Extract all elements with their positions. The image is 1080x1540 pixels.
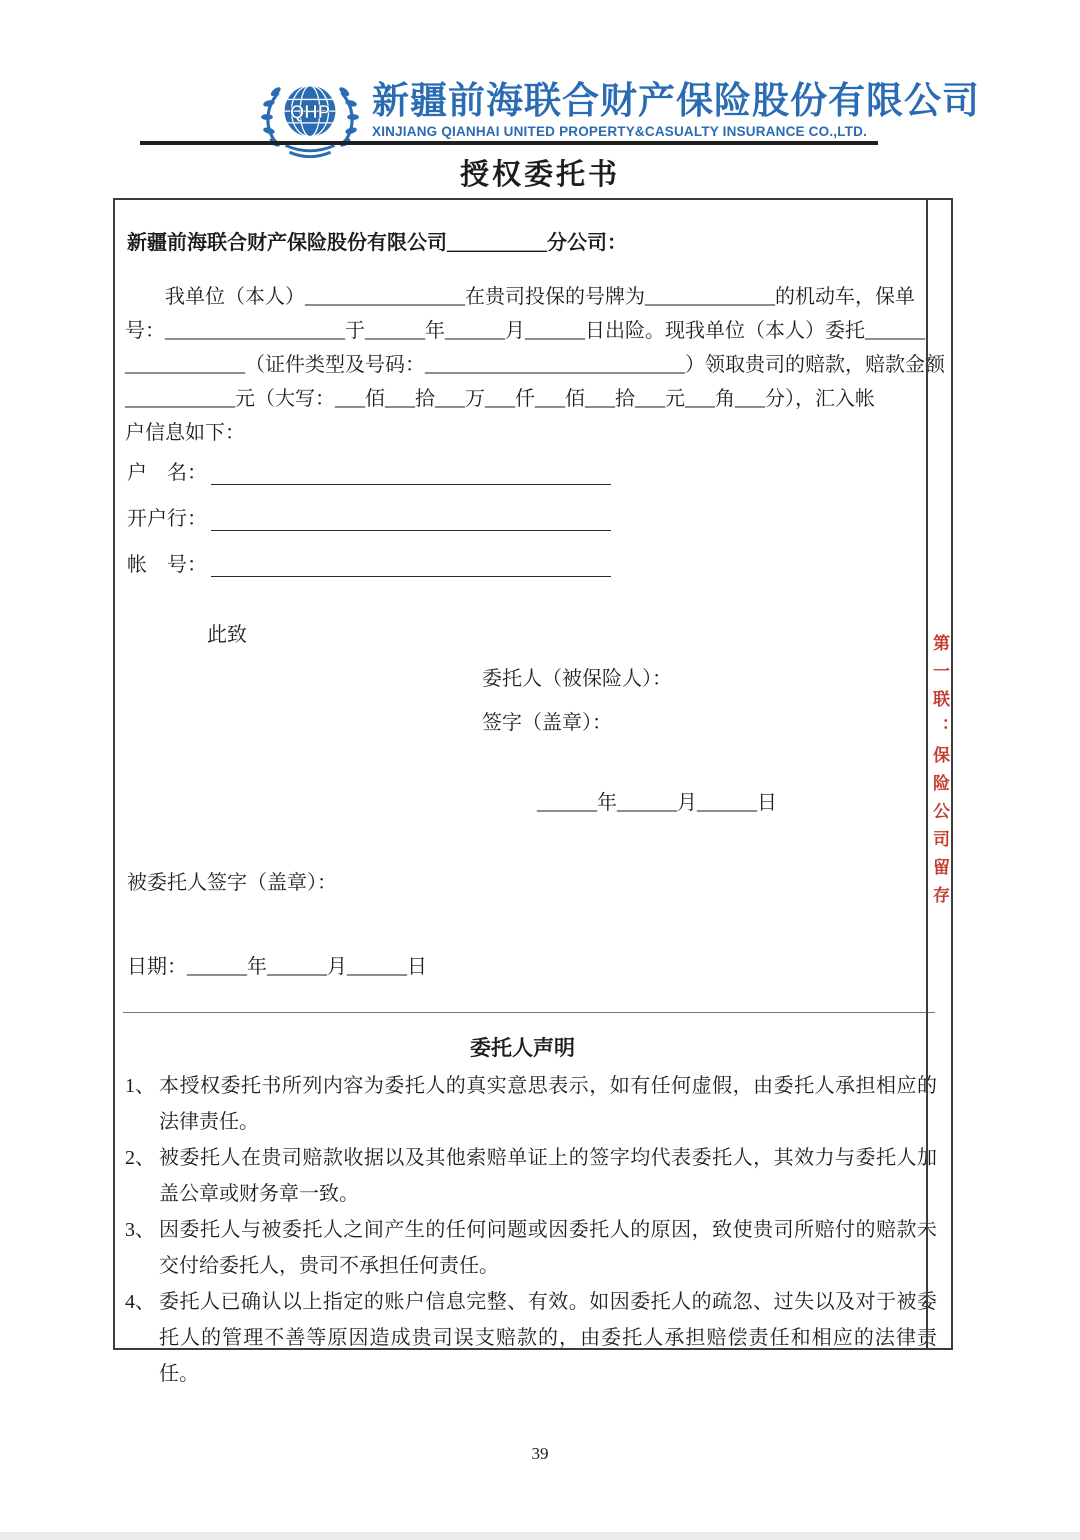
agent-signature-label: 被委托人签字（盖章）： [127,868,337,898]
date-line: 日期：______年______月______日 [127,952,427,982]
body-paragraph: 我单位（本人）________________在贵司投保的号牌为________… [125,280,935,450]
company-name-block: 新疆前海联合财产保险股份有限公司 XINJIANG QIANHAI UNITED… [372,80,892,139]
declaration-item-3: 3、 因委托人与被委托人之间产生的任何问题或因委托人的原因，致使贵司所赔付的赔款… [125,1212,937,1284]
body-line-2: 号：__________________于______年______月_____… [125,314,935,348]
logo-letters: QHP [290,101,330,122]
body-line-4: ___________元（大写：___佰___拾___万___仟___佰___拾… [125,382,935,416]
company-name-english: XINJIANG QIANHAI UNITED PROPERTY&CASUALT… [372,124,892,139]
header-divider [140,141,878,145]
item-text: 委托人已确认以上指定的账户信息完整、有效。如因委托人的疏忽、过失以及对于被委托人… [159,1284,937,1392]
scanned-form-page: QHP 新疆前海联合财产保险股份有限公司 XINJIANG QIANHAI UN… [0,0,1080,1540]
item-text: 因委托人与被委托人之间产生的任何问题或因委托人的原因，致使贵司所赔付的赔款未交付… [159,1212,937,1284]
declaration-item-2: 2、 被委托人在贵司赔款收据以及其他索赔单证上的签字均代表委托人，其效力与委托人… [125,1140,937,1212]
declaration-item-1: 1、 本授权委托书所列内容为委托人的真实意思表示，如有任何虚假，由委托人承担相应… [125,1068,937,1140]
body-line-1: 我单位（本人）________________在贵司投保的号牌为________… [125,280,935,314]
account-name-blank [211,462,611,485]
account-number-blank [211,554,611,577]
company-name-chinese: 新疆前海联合财产保险股份有限公司 [372,80,892,122]
declaration-title: 委托人声明 [115,1032,930,1062]
item-number: 2、 [125,1140,159,1212]
account-number-label: 帐 号： [127,554,207,576]
declaration-list: 1、 本授权委托书所列内容为委托人的真实意思表示，如有任何虚假，由委托人承担相应… [125,1068,937,1392]
body-line-3: ____________（证件类型及号码：___________________… [125,348,935,382]
company-logo-icon: QHP [256,74,364,164]
bank-branch-label: 开户行： [127,508,207,530]
account-name-row: 户 名： [127,456,611,485]
form-frame: 新疆前海联合财产保险股份有限公司__________分公司： 我单位（本人）__… [113,198,953,1350]
account-name-label: 户 名： [127,462,207,484]
page-bottom-edge [0,1532,1080,1540]
body-line-5: 户信息如下： [125,416,935,450]
salutation-line: 新疆前海联合财产保险股份有限公司__________分公司： [127,226,627,255]
signature-label: 签字（盖章）： [482,708,612,738]
declaration-divider [123,1012,935,1013]
signature-date-line: ______年______月______日 [537,788,777,818]
item-text: 本授权委托书所列内容为委托人的真实意思表示，如有任何虚假，由委托人承担相应的法律… [159,1068,937,1140]
item-number: 3、 [125,1212,159,1284]
item-number: 1、 [125,1068,159,1140]
bank-branch-row: 开户行： [127,502,611,531]
copy-note-text: 第一联：保险公司留存 [927,634,952,914]
closing-word: 此致 [207,620,247,650]
document-title: 授权委托书 [0,152,1080,193]
item-number: 4、 [125,1284,159,1392]
bank-branch-blank [211,508,611,531]
page-number: 39 [0,1444,1080,1464]
declaration-item-4: 4、 委托人已确认以上指定的账户信息完整、有效。如因委托人的疏忽、过失以及对于被… [125,1284,937,1392]
item-text: 被委托人在贵司赔款收据以及其他索赔单证上的签字均代表委托人，其效力与委托人加盖公… [159,1140,937,1212]
principal-label: 委托人（被保险人）： [482,664,672,694]
copy-note-column: 第一联：保险公司留存 [926,200,951,1348]
account-number-row: 帐 号： [127,548,611,577]
